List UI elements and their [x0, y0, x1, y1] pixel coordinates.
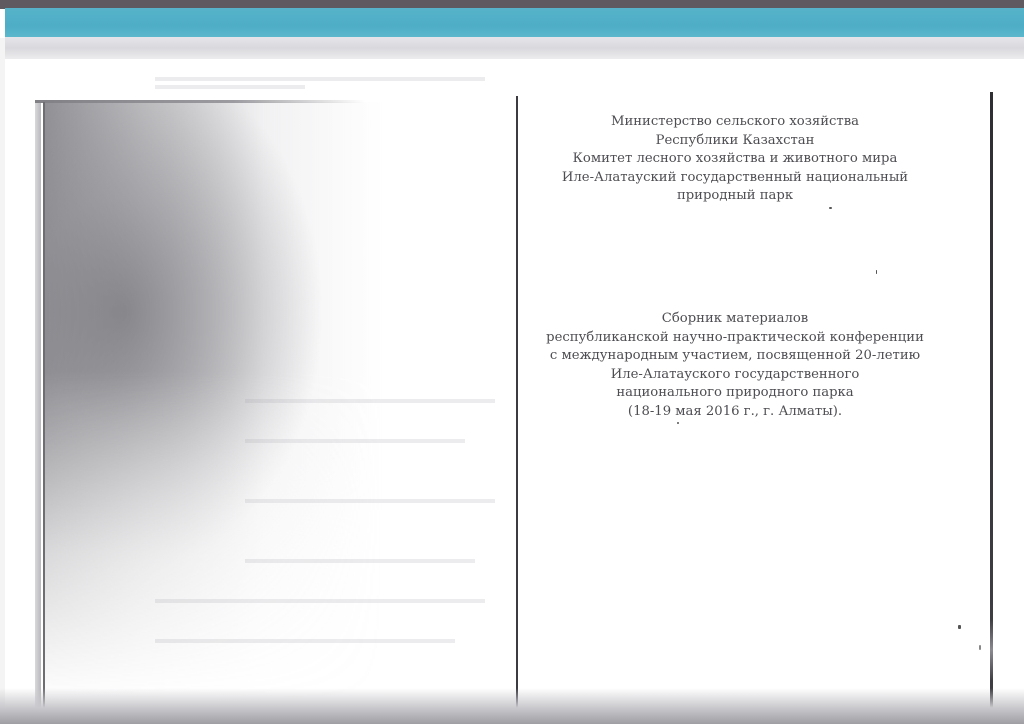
org-line: Иле-Алатауский государственный националь… [540, 169, 930, 188]
bleed-through-line [155, 85, 305, 89]
title-line: национального природного парка [540, 384, 930, 403]
collection-title-block: Сборник материалов республиканской научн… [540, 310, 930, 422]
organization-block: Министерство сельского хозяйства Республ… [540, 113, 930, 206]
scan-speck [876, 270, 877, 274]
title-line: с международным участием, посвященной 20… [540, 347, 930, 366]
org-line: Комитет лесного хозяйства и животного ми… [540, 150, 930, 169]
scan-bottom-shadow [0, 688, 1024, 724]
left-page-top-edge [35, 100, 365, 103]
scan-speck [677, 422, 679, 424]
scanner-band-cyan [5, 8, 1024, 38]
title-line: Сборник материалов [540, 310, 930, 329]
left-page-binding-line [43, 102, 45, 709]
left-page-binding-shadow [35, 102, 41, 709]
title-line: республиканской научно-практической конф… [540, 329, 930, 348]
scan-speck [979, 645, 981, 650]
left-page [5, 59, 515, 709]
right-page-edge-line [990, 92, 993, 712]
org-line: природный парк [540, 187, 930, 206]
org-line: Республики Казахстан [540, 132, 930, 151]
center-fold-line [516, 96, 518, 711]
scanner-band-grey [5, 37, 1024, 59]
bleed-through-line [155, 77, 485, 81]
org-line: Министерство сельского хозяйства [540, 113, 930, 132]
title-line: Иле-Алатауского государственного [540, 366, 930, 385]
scan-shading [43, 102, 383, 702]
title-page: Министерство сельского хозяйства Республ… [540, 113, 930, 422]
scan-speck [958, 625, 961, 629]
title-line: (18-19 мая 2016 г., г. Алматы). [540, 403, 930, 422]
scan-speck [829, 207, 832, 209]
